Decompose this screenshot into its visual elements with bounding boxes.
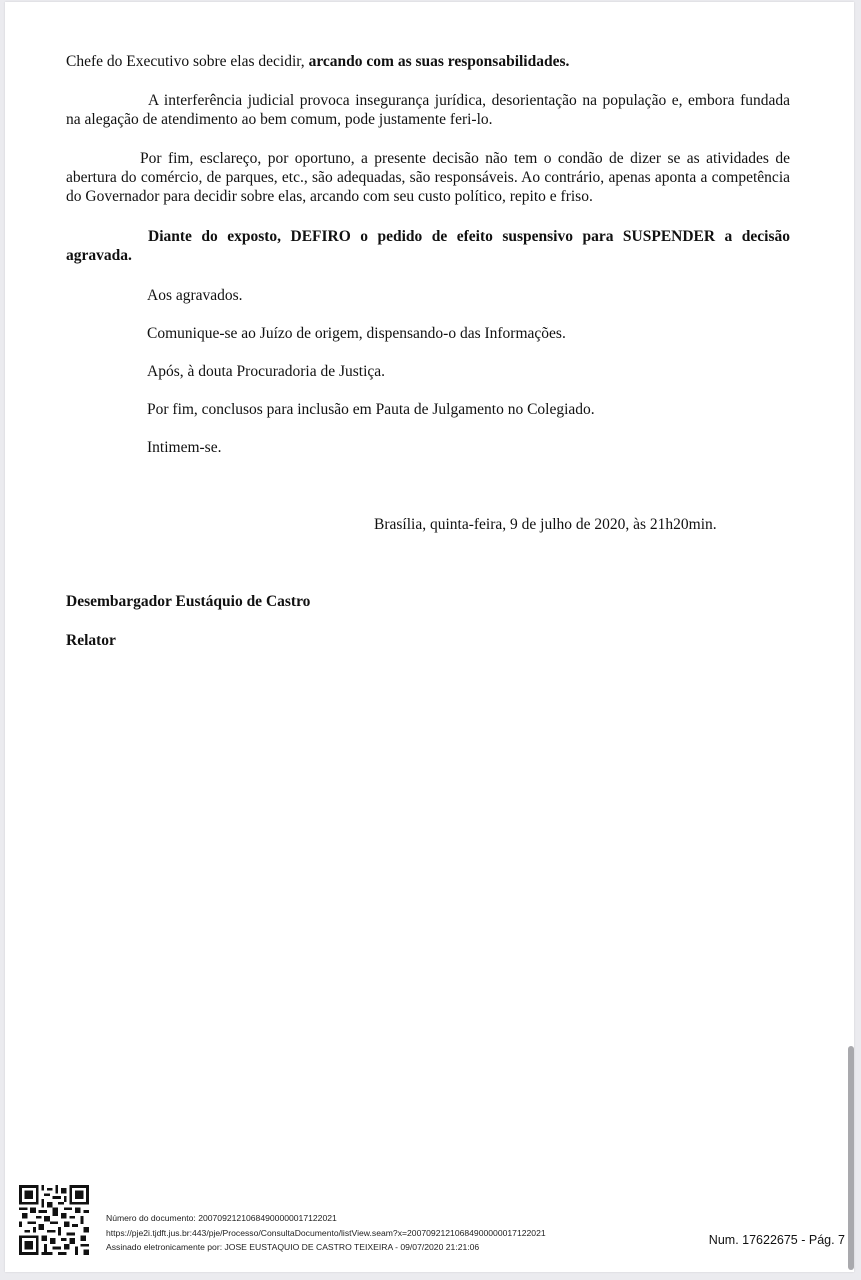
paragraph-text: Chefe do Executivo sobre elas decidir, <box>66 53 309 70</box>
page-number: Num. 17622675 - Pág. 7 <box>709 1233 845 1247</box>
date-line: Brasília, quinta-feira, 9 de julho de 20… <box>374 515 794 534</box>
scrollbar-thumb[interactable] <box>848 1046 854 1270</box>
footer-signed-by: Assinado eletronicamente por: JOSE EUSTA… <box>106 1241 479 1254</box>
paragraph-intimem: Intimem-se. <box>147 438 787 457</box>
paragraph-agravados: Aos agravados. <box>147 286 787 305</box>
paragraph-ruling: Diante do exposto, DEFIRO o pedido de ef… <box>66 227 790 265</box>
paragraph-clarification: Por fim, esclareço, por oportuno, a pres… <box>66 149 790 206</box>
paragraph-comunique: Comunique-se ao Juízo de origem, dispens… <box>147 324 787 343</box>
signatory-role: Relator <box>66 631 790 650</box>
paragraph-responsibilities: Chefe do Executivo sobre elas decidir, a… <box>66 52 790 71</box>
footer-document-url[interactable]: https://pje2i.tjdft.jus.br:443/pje/Proce… <box>106 1227 546 1240</box>
qr-code-icon <box>17 1185 91 1255</box>
paragraph-pauta: Por fim, conclusos para inclusão em Paut… <box>147 400 787 419</box>
paragraph-bold-text: arcando com as suas responsabilidades. <box>309 53 570 70</box>
footer-document-number: Número do documento: 2007092121068490000… <box>106 1212 337 1225</box>
signatory-name: Desembargador Eustáquio de Castro <box>66 592 790 611</box>
paragraph-procuradoria: Após, à douta Procuradoria de Justiça. <box>147 362 787 381</box>
paragraph-judicial-interference: A interferência judicial provoca insegur… <box>66 91 790 129</box>
